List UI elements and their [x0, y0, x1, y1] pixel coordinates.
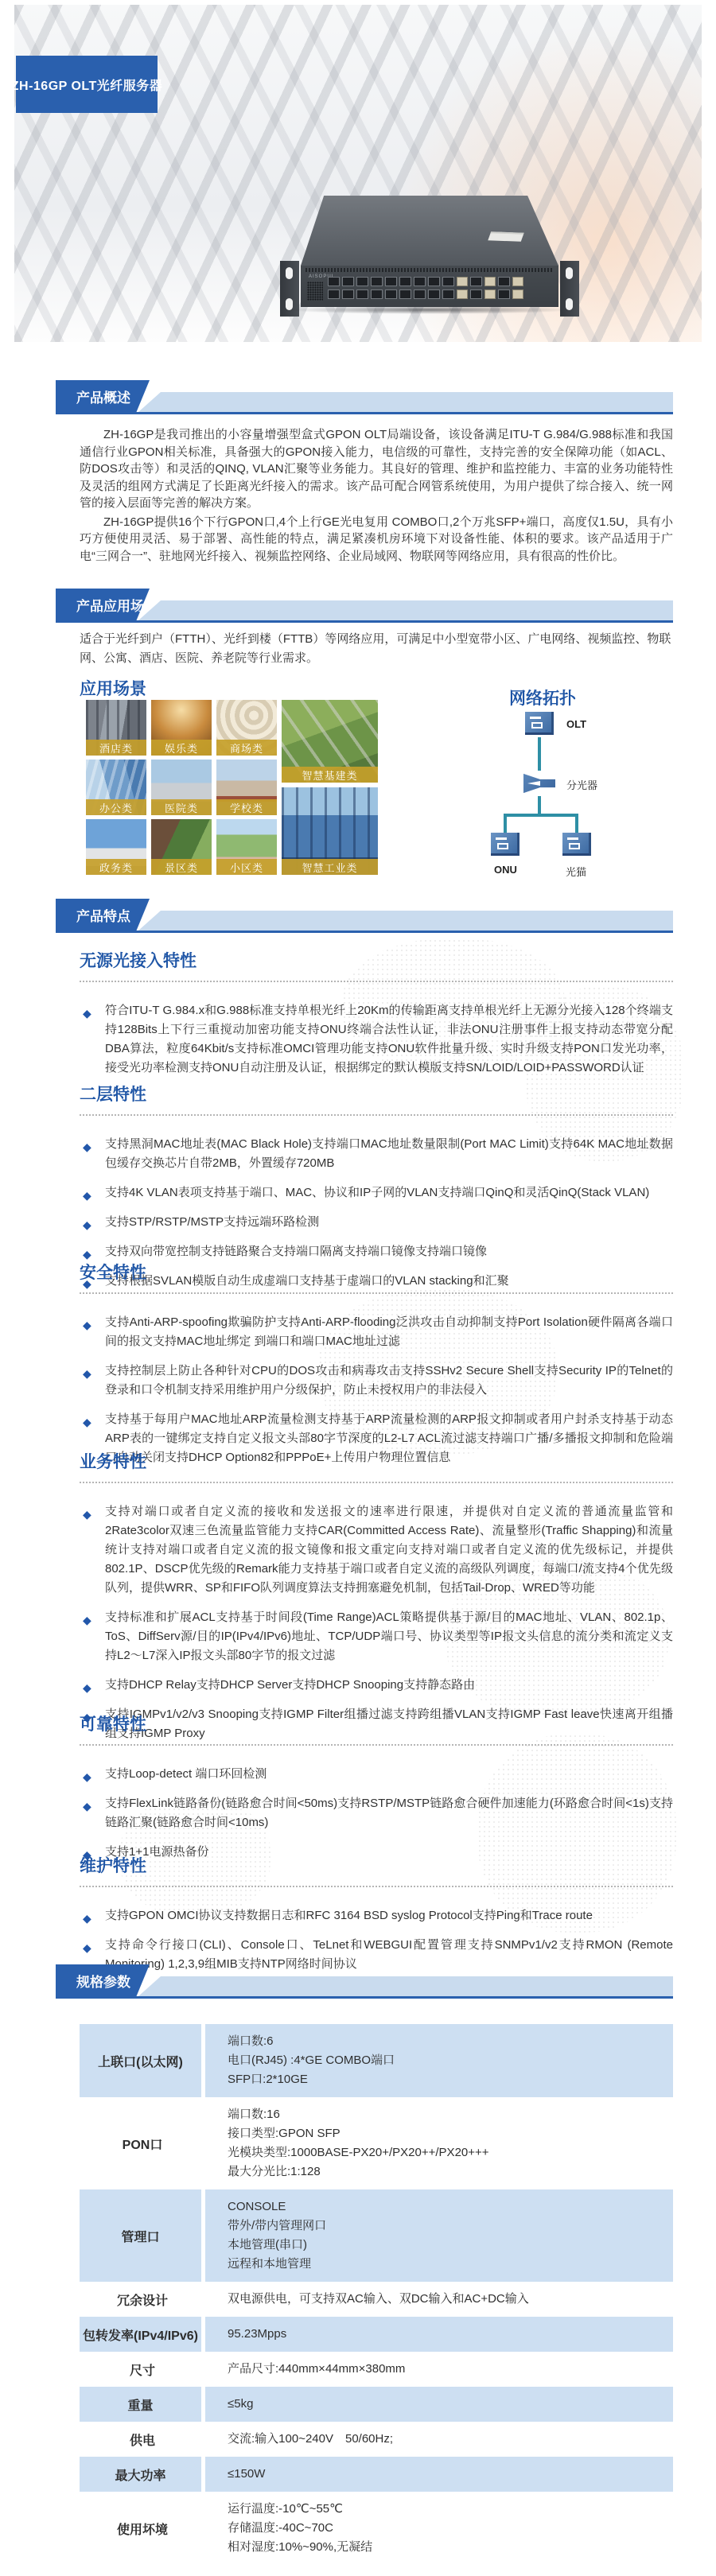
diamond-bullet-icon: ◆	[83, 1767, 91, 1786]
apps-heading: 应用场景	[80, 676, 146, 700]
sfp-port-pair	[385, 277, 397, 304]
scenario-label: 酒店类	[86, 740, 146, 756]
olt-device-icon	[525, 712, 554, 735]
spec-row-label: 供电	[80, 2422, 205, 2457]
spec-value-line: ≤150W	[228, 2465, 665, 2484]
diamond-bullet-icon: ◆	[83, 1505, 91, 1524]
section-header-box: 规格参数	[56, 1964, 150, 1996]
scenario-photo-scenic: 景区类	[151, 819, 212, 875]
spec-value-line: 接口类型:GPON SFP	[228, 2124, 665, 2143]
diamond-bullet-icon: ◆	[83, 1215, 91, 1234]
feature-group-title: 无源光接入特性	[80, 948, 673, 972]
scenario-label: 景区类	[151, 859, 212, 875]
sfp-port-pair	[342, 277, 354, 304]
section-header-scenarios: 产品应用场景	[56, 589, 673, 623]
spec-row-label: 最大功率	[80, 2457, 205, 2492]
rj45-port-pair	[484, 277, 496, 304]
sfp-port	[399, 277, 411, 286]
onu-device-icon	[491, 833, 519, 856]
sfp-port	[356, 289, 368, 299]
diamond-bullet-icon: ◆	[83, 1137, 91, 1156]
device-front-panel: AISOPUL	[301, 266, 558, 307]
sfp-port	[442, 289, 454, 299]
spec-row: 使用坏境运行温度:-10℃~55℃存储温度:-40C~70C相对湿度:10%~9…	[80, 2492, 673, 2565]
sfp-port-pair	[442, 277, 454, 304]
section-header-label: 产品特点	[56, 905, 130, 925]
device-top-face	[301, 196, 558, 266]
product-datasheet-page: ZH-16GP OLT光纤服务器 AISOPUL 产品概述 ZH-16GP是我司…	[0, 0, 716, 2576]
scenario-label: 医院类	[151, 799, 212, 815]
sfp-port	[342, 289, 354, 299]
sfp-port	[371, 277, 383, 286]
scenario-label: 学校类	[216, 799, 277, 815]
spec-row: 管理口CONSOLE带外/带内管理网口本地管理(串口)远程和本地管理	[80, 2189, 673, 2282]
sfp-port	[414, 289, 426, 299]
feature-bullet-text: 支持控制层上防止各种针对CPU的DOS攻击和病毒攻击支持SSHv2 Secure…	[105, 1364, 673, 1397]
sfp-port	[328, 277, 340, 286]
feature-bullet: ◆支持Anti-ARP-spoofing欺骗防护支持Anti-ARP-flood…	[80, 1313, 673, 1351]
feature-group-title: 维护特性	[80, 1853, 673, 1877]
spec-row-value: 双电源供电，可支持双AC输入、双DC输入和AC+DC输入	[205, 2282, 673, 2317]
spec-row-label: 冗余设计	[80, 2282, 205, 2317]
feature-group-4: 业务特性◆支持对端口或者自定义流的接收和发送报文的速率进行限速，并提供对自定义流…	[80, 1449, 673, 1754]
scenario-photo-gov: 政务类	[86, 819, 146, 875]
splitter-icon	[523, 771, 555, 796]
feature-bullet: ◆支持STP/RSTP/MSTP支持远端环路检测	[80, 1213, 673, 1232]
feature-bullet-text: 支持Loop-detect 端口环回检测	[105, 1767, 267, 1781]
section-header-band	[138, 392, 673, 412]
sfp-port	[385, 277, 397, 286]
overview-paragraph-2: ZH-16GP提供16个下行GPON口,4个上行GE光电复用 COMBO口,2个…	[80, 514, 673, 565]
section-header-label: 产品应用场景	[56, 595, 158, 615]
topology-link	[504, 814, 578, 817]
section-header-box: 产品应用场景	[56, 589, 150, 620]
feature-bullet-text: 支持DHCP Relay支持DHCP Server支持DHCP Snooping…	[105, 1678, 475, 1692]
rj45-port	[484, 277, 496, 286]
rj45-port	[457, 289, 468, 299]
spec-row-label: PON口	[80, 2097, 205, 2189]
sfp-port-pair	[356, 277, 368, 304]
spec-row: 最大功率≤150W	[80, 2457, 673, 2492]
feature-group-title: 二层特性	[80, 1082, 673, 1105]
diamond-bullet-icon: ◆	[83, 1186, 91, 1205]
onu-label: ONU	[494, 864, 517, 876]
dotted-divider	[80, 1481, 673, 1483]
feature-bullet: ◆支持FlexLink链路备份(链路愈合时间<50ms)支持RSTP/MSTP链…	[80, 1794, 673, 1832]
sfp-port	[342, 277, 354, 286]
spec-value-line: 存储温度:-40C~70C	[228, 2519, 665, 2538]
overview-text: ZH-16GP是我司推出的小容量增强型盒式GPON OLT局端设备，该设备满足I…	[80, 426, 673, 566]
device-shadow	[286, 307, 573, 314]
modem-device-icon	[562, 833, 591, 856]
sfp-port	[414, 277, 426, 286]
spec-value-line: 本地管理(串口)	[228, 2236, 665, 2255]
feature-group-title: 安全特性	[80, 1260, 673, 1284]
spec-row: 重量≤5kg	[80, 2387, 673, 2422]
spec-row-value: 交流:输入100~240V 50/60Hz;	[205, 2422, 673, 2457]
vent-grid	[307, 282, 323, 301]
spec-row-value: 产品尺寸:440mm×44mm×380mm	[205, 2352, 673, 2387]
spec-row-label: 尺寸	[80, 2352, 205, 2387]
feature-group-5: 可靠特性◆支持Loop-detect 端口环回检测◆支持FlexLink链路备份…	[80, 1712, 673, 1872]
feature-bullet-text: 支持标准和扩展ACL支持基于时间段(Time Range)ACL策略提供基于源/…	[105, 1610, 673, 1662]
sfp-port	[371, 289, 383, 299]
scenario-photo-hospital: 医院类	[151, 760, 212, 815]
spec-row-value: 端口数:6电口(RJ45) :4*GE COMBO端口SFP口:2*10GE	[205, 2024, 673, 2097]
rj45-port-pair	[512, 277, 523, 304]
spec-row-label: 管理口	[80, 2189, 205, 2282]
scenario-photo-school: 学校类	[216, 760, 277, 815]
sfp-port	[442, 277, 454, 286]
feature-bullet: ◆支持对端口或者自定义流的接收和发送报文的速率进行限速，并提供对自定义流的普通流…	[80, 1502, 673, 1598]
sfp-port	[356, 277, 368, 286]
diamond-bullet-icon: ◆	[83, 1938, 91, 1957]
topology-link	[538, 796, 541, 814]
spec-row-value: CONSOLE带外/带内管理网口本地管理(串口)远程和本地管理	[205, 2189, 673, 2282]
vent-strip	[305, 268, 554, 272]
spec-value-line: 端口数:6	[228, 2032, 665, 2051]
hero-banner: ZH-16GP OLT光纤服务器 AISOPUL	[14, 5, 702, 342]
diamond-bullet-icon: ◆	[83, 1797, 91, 1816]
spec-row: 供电交流:输入100~240V 50/60Hz;	[80, 2422, 673, 2457]
modem-label: 光猫	[566, 864, 586, 879]
spec-row-label: 使用坏境	[80, 2492, 205, 2565]
section-header-box: 产品概述	[56, 380, 150, 412]
product-title-box: ZH-16GP OLT光纤服务器	[16, 56, 158, 113]
section-header-band	[138, 600, 673, 620]
diamond-bullet-icon: ◆	[83, 1364, 91, 1383]
dotted-divider	[80, 1885, 673, 1887]
topology-heading: 网络拓扑	[509, 686, 576, 709]
diamond-bullet-icon: ◆	[83, 1909, 91, 1928]
scenario-label: 智慧基建类	[282, 767, 378, 783]
rj45-port	[484, 289, 496, 299]
splitter-label: 分光器	[566, 777, 597, 792]
rj45-port	[512, 289, 523, 299]
feature-bullet: ◆支持黑洞MAC地址表(MAC Black Hole)支持端口MAC地址数量限制…	[80, 1135, 673, 1173]
dotted-divider	[80, 980, 673, 982]
sfp-port	[498, 289, 510, 299]
feature-bullet: ◆支持双向带宽控制支持链路聚合支持端口隔离支持端口镜像支持端口镜像	[80, 1242, 673, 1261]
sfp-port-pair	[470, 277, 482, 304]
feature-bullet: ◆支持GPON OMCI协议支持数据日志和RFC 3164 BSD syslog…	[80, 1906, 673, 1925]
spec-row-value: ≤5kg	[205, 2387, 673, 2422]
scenario-photo-community: 小区类	[216, 819, 277, 875]
spec-row-label: 包转发率(IPv4/IPv6)	[80, 2317, 205, 2352]
spec-value-line: 最大分光比:1:128	[228, 2162, 665, 2182]
spec-value-line: 光模块类型:1000BASE-PX20+/PX20++/PX20+++	[228, 2143, 665, 2162]
port-row	[328, 277, 523, 304]
feature-bullet: ◆支持DHCP Relay支持DHCP Server支持DHCP Snoopin…	[80, 1676, 673, 1695]
feature-group-title: 可靠特性	[80, 1712, 673, 1735]
scenario-label: 智慧工业类	[282, 859, 378, 875]
spec-row: 冗余设计双电源供电，可支持双AC输入、双DC输入和AC+DC输入	[80, 2282, 673, 2317]
feature-bullet-text: 符合ITU-T G.984.x和G.988标准支持单根光纤上20Km的传输距离支…	[105, 1004, 673, 1074]
topology-link	[575, 814, 578, 833]
spec-row-value: 端口数:16接口类型:GPON SFP光模块类型:1000BASE-PX20+/…	[205, 2097, 673, 2189]
spec-value-line: 产品尺寸:440mm×44mm×380mm	[228, 2360, 665, 2379]
feature-bullet: ◆符合ITU-T G.984.x和G.988标准支持单根光纤上20Km的传输距离…	[80, 1001, 673, 1078]
rj45-port-pair	[457, 277, 468, 304]
sfp-port-pair	[371, 277, 383, 304]
product-title: ZH-16GP OLT光纤服务器	[14, 76, 162, 94]
rj45-port	[512, 277, 523, 286]
feature-bullet-text: 支持对端口或者自定义流的接收和发送报文的速率进行限速，并提供对自定义流的普通流量…	[105, 1505, 673, 1595]
scenario-photo-infra: 智慧基建类	[282, 700, 378, 783]
scenario-label: 办公类	[86, 799, 146, 815]
spec-value-line: 相对湿度:10%~90%,无凝结	[228, 2538, 665, 2557]
section-header-overview: 产品概述	[56, 380, 673, 414]
spec-value-line: 电口(RJ45) :4*GE COMBO端口	[228, 2051, 665, 2070]
scenario-photo-industry: 智慧工业类	[282, 787, 378, 875]
feature-bullet: ◆支持Loop-detect 端口环回检测	[80, 1765, 673, 1784]
feature-bullet-text: 支持STP/RSTP/MSTP支持远端环路检测	[105, 1215, 319, 1229]
spec-value-line: SFP口:2*10GE	[228, 2070, 665, 2089]
overview-paragraph-1: ZH-16GP是我司推出的小容量增强型盒式GPON OLT局端设备，该设备满足I…	[80, 426, 673, 512]
sfp-port	[428, 289, 440, 299]
scenario-label: 娱乐类	[151, 740, 212, 756]
sfp-port-pair	[498, 277, 510, 304]
scenario-label: 政务类	[86, 859, 146, 875]
sfp-port	[470, 277, 482, 286]
spec-value-line: ≤5kg	[228, 2395, 665, 2414]
spec-row: 上联口(以太网)端口数:6电口(RJ45) :4*GE COMBO端口SFP口:…	[80, 2024, 673, 2097]
spec-value-line: 端口数:16	[228, 2105, 665, 2124]
spec-row: 包转发率(IPv4/IPv6)95.23Mpps	[80, 2317, 673, 2352]
spec-row-value: ≤150W	[205, 2457, 673, 2492]
sfp-port	[428, 277, 440, 286]
feature-bullet: ◆支持标准和扩展ACL支持基于时间段(Time Range)ACL策略提供基于源…	[80, 1608, 673, 1665]
dotted-divider	[80, 1113, 673, 1116]
product-photo: AISOPUL	[278, 196, 581, 317]
feature-bullet: ◆支持4K VLAN表项支持基于端口、MAC、协议和IP子网的VLAN支持端口Q…	[80, 1183, 673, 1203]
dotted-divider	[80, 1743, 673, 1746]
spec-value-line: 远程和本地管理	[228, 2255, 665, 2274]
diamond-bullet-icon: ◆	[83, 1678, 91, 1697]
spec-row-value: 运行温度:-10℃~55℃存储温度:-40C~70C相对湿度:10%~90%,无…	[205, 2492, 673, 2565]
feature-bullet-text: 支持双向带宽控制支持链路聚合支持端口隔离支持端口镜像支持端口镜像	[105, 1245, 487, 1258]
spec-value-line: 双电源供电，可支持双AC输入、双DC输入和AC+DC输入	[228, 2290, 665, 2309]
feature-bullet-text: 支持Anti-ARP-spoofing欺骗防护支持Anti-ARP-floodi…	[105, 1315, 673, 1348]
feature-bullet-text: 支持黑洞MAC地址表(MAC Black Hole)支持端口MAC地址数量限制(…	[105, 1137, 673, 1170]
spec-value-line: 95.23Mpps	[228, 2325, 665, 2344]
feature-bullet-text: 支持FlexLink链路备份(链路愈合时间<50ms)支持RSTP/MSTP链路…	[105, 1797, 673, 1829]
scenario-label: 小区类	[216, 859, 277, 875]
section-header-band	[138, 1976, 673, 1996]
section-header-label: 产品概述	[56, 387, 130, 406]
spec-value-line: 交流:输入100~240V 50/60Hz;	[228, 2430, 665, 2449]
spec-row: 尺寸产品尺寸:440mm×44mm×380mm	[80, 2352, 673, 2387]
scenario-photo-mall: 商场类	[216, 700, 277, 756]
diamond-bullet-icon: ◆	[83, 1315, 91, 1335]
scenario-photo-hotel: 酒店类	[86, 700, 146, 756]
spec-row: PON口端口数:16接口类型:GPON SFP光模块类型:1000BASE-PX…	[80, 2097, 673, 2189]
section-header-box: 产品特点	[56, 899, 150, 931]
sfp-port-pair	[428, 277, 440, 304]
sfp-port	[470, 289, 482, 299]
feature-bullet: ◆支持控制层上防止各种针对CPU的DOS攻击和病毒攻击支持SSHv2 Secur…	[80, 1362, 673, 1400]
spec-row-label: 重量	[80, 2387, 205, 2422]
sfp-port-pair	[414, 277, 426, 304]
spec-value-line: 带外/带内管理网口	[228, 2217, 665, 2236]
topology-link	[504, 814, 507, 833]
section-header-specs: 规格参数	[56, 1964, 673, 1999]
spec-table: 上联口(以太网)端口数:6电口(RJ45) :4*GE COMBO端口SFP口:…	[80, 2024, 673, 2565]
diamond-bullet-icon: ◆	[83, 1610, 91, 1630]
feature-group-1: 无源光接入特性◆符合ITU-T G.984.x和G.988标准支持单根光纤上20…	[80, 948, 673, 1088]
scenarios-intro: 适合于光纤到户（FTTH）、光纤到楼（FTTB）等网络应用，可满足中小型宽带小区…	[80, 630, 673, 668]
topology-link	[538, 737, 541, 771]
spec-row-label: 上联口(以太网)	[80, 2024, 205, 2097]
sfp-port-pair	[399, 277, 411, 304]
olt-label: OLT	[566, 718, 586, 730]
sfp-port	[399, 289, 411, 299]
spec-value-line: 运行温度:-10℃~55℃	[228, 2500, 665, 2519]
rj45-port	[457, 277, 468, 286]
feature-group-title: 业务特性	[80, 1449, 673, 1473]
sfp-port	[498, 277, 510, 286]
scenario-photo-fun: 娱乐类	[151, 700, 212, 756]
feature-bullet-text: 支持4K VLAN表项支持基于端口、MAC、协议和IP子网的VLAN支持端口Qi…	[105, 1186, 649, 1199]
sfp-port	[328, 289, 340, 299]
sfp-port-pair	[328, 277, 340, 304]
section-header-label: 规格参数	[56, 1971, 130, 1991]
sfp-port	[385, 289, 397, 299]
scenario-label: 商场类	[216, 740, 277, 756]
spec-value-line: CONSOLE	[228, 2197, 665, 2217]
section-header-band	[138, 911, 673, 931]
spec-row-value: 95.23Mpps	[205, 2317, 673, 2352]
dotted-divider	[80, 1292, 673, 1294]
feature-group-3: 安全特性◆支持Anti-ARP-spoofing欺骗防护支持Anti-ARP-f…	[80, 1260, 673, 1478]
scenario-photo-office: 办公类	[86, 760, 146, 815]
diamond-bullet-icon: ◆	[83, 1412, 91, 1432]
feature-bullet-text: 支持GPON OMCI协议支持数据日志和RFC 3164 BSD syslog …	[105, 1909, 593, 1922]
diamond-bullet-icon: ◆	[83, 1004, 91, 1023]
section-header-features: 产品特点	[56, 899, 673, 933]
device-sticker	[488, 231, 523, 241]
